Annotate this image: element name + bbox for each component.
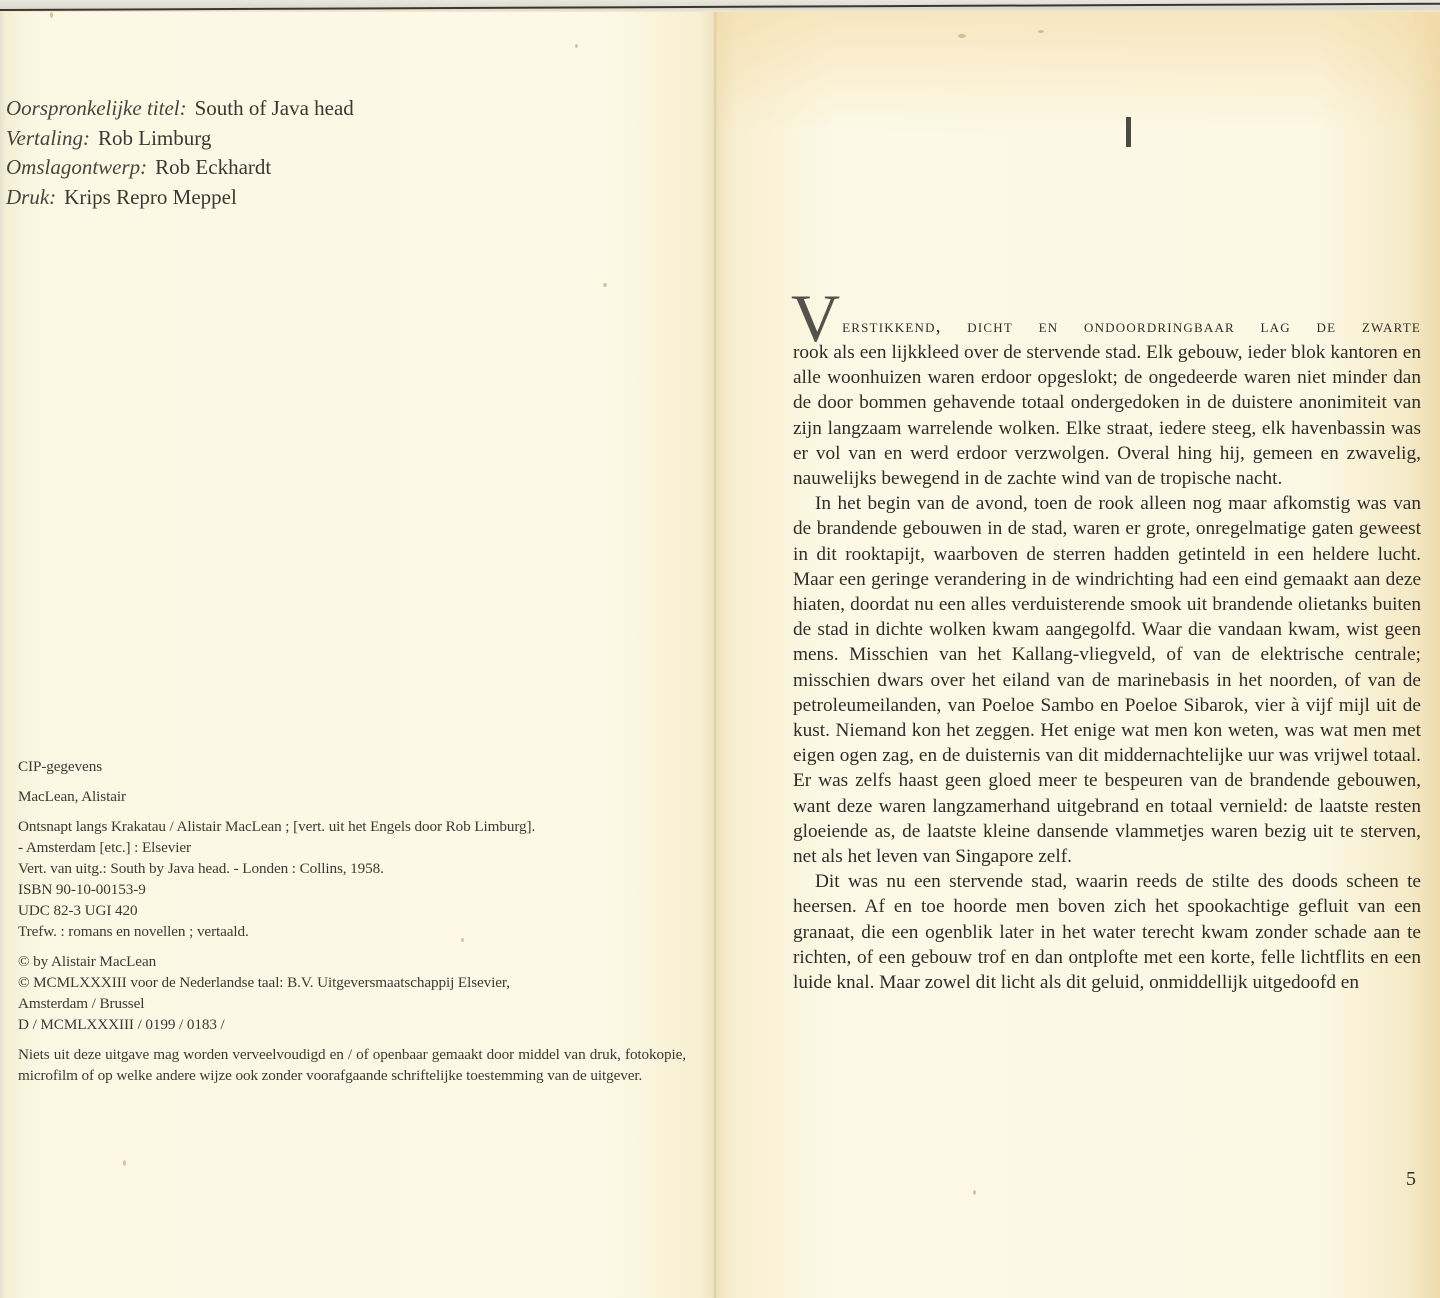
cip-isbn: ISBN 90-10-00153-9 xyxy=(18,879,686,900)
cip-block: CIP-gegevens MacLean, Alistair Ontsnapt … xyxy=(18,756,686,1086)
credit-label: Omslagontwerp: xyxy=(6,155,147,179)
credit-cover-design: Omslagontwerp:Rob Eckhardt xyxy=(6,153,354,183)
credit-translation: Vertaling:Rob Limburg xyxy=(6,124,354,154)
paper-speck xyxy=(973,1190,976,1195)
paper-speck xyxy=(603,283,607,287)
copyright-line: © by Alistair MacLean xyxy=(18,951,686,972)
paper-speck xyxy=(123,1160,126,1166)
cip-record-line: - Amsterdam [etc.] : Elsevier xyxy=(18,837,686,858)
credit-value: South of Java head xyxy=(195,96,354,120)
cip-keywords: Trefw. : romans en novellen ; vertaald. xyxy=(18,921,686,942)
paper-speck xyxy=(958,34,966,38)
cip-record-line: Vert. van uitg.: South by Java head. - L… xyxy=(18,858,686,879)
opening-smallcaps: erstikkend, dicht en ondoordringbaar lag… xyxy=(793,290,1421,339)
cip-heading: CIP-gegevens xyxy=(18,756,686,777)
copyright-line: © MCMLXXXIII voor de Nederlandse taal: B… xyxy=(18,972,686,993)
credit-label: Druk: xyxy=(6,185,56,209)
paper-speck xyxy=(575,44,578,48)
cip-author: MacLean, Alistair xyxy=(18,786,686,807)
copyright-line: D / MCMLXXXIII / 0199 / 0183 / xyxy=(18,1014,686,1035)
paragraph: rook als een lijkkleed over de stervende… xyxy=(793,340,1421,491)
cip-record-line: Ontsnapt langs Krakatau / Alistair MacLe… xyxy=(18,816,686,837)
credit-value: Rob Limburg xyxy=(98,126,211,150)
credit-printing: Druk:Krips Repro Meppel xyxy=(6,183,354,213)
credit-original-title: Oorspronkelijke titel:South of Java head xyxy=(6,94,354,124)
rights-notice: Niets uit deze uitgave mag worden vervee… xyxy=(18,1044,686,1086)
credit-label: Vertaling: xyxy=(6,126,90,150)
credits-block: Oorspronkelijke titel:South of Java head… xyxy=(6,94,354,212)
page-number: 5 xyxy=(1406,1168,1416,1191)
credit-value: Rob Eckhardt xyxy=(155,155,271,179)
copyright-line: Amsterdam / Brussel xyxy=(18,993,686,1014)
drop-cap: V xyxy=(791,290,840,344)
cip-udc: UDC 82-3 UGI 420 xyxy=(18,900,686,921)
credit-value: Krips Repro Meppel xyxy=(64,185,237,209)
chapter-body-text: V erstikkend, dicht en ondoordringbaar l… xyxy=(793,290,1421,995)
paper-speck xyxy=(1038,30,1044,33)
paragraph: Dit was nu een stervende stad, waarin re… xyxy=(793,869,1421,995)
paper-speck xyxy=(50,12,53,18)
credit-label: Oorspronkelijke titel: xyxy=(6,96,187,120)
paragraph: In het begin van de avond, toen de rook … xyxy=(793,491,1421,869)
paper-speck xyxy=(461,938,464,942)
chapter-number-roman-i xyxy=(1126,117,1131,147)
book-gutter xyxy=(713,12,717,1298)
